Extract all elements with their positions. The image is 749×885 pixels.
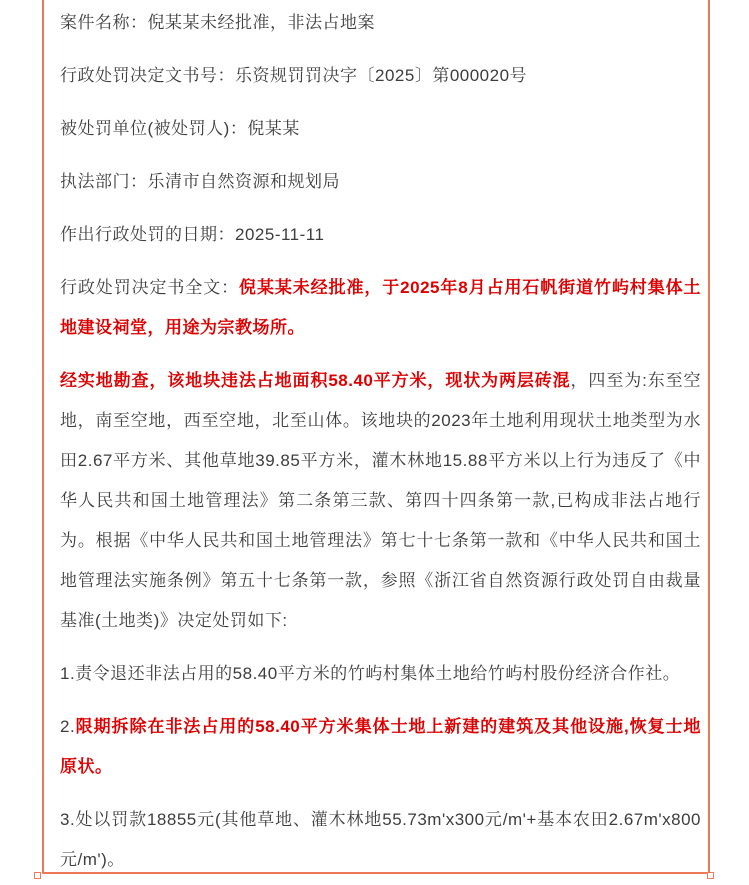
investigation-highlight: 经实地勘查，该地块违法占地面积58.40平方米，现状为两层砖混 [60,371,571,390]
case-name-text: 案件名称：倪某某未经批准，非法占地案 [60,13,375,32]
field-punished-party: 被处罚单位(被处罚人)：倪某某 [60,109,701,149]
punished-party-text: 被处罚单位(被处罚人)：倪某某 [60,119,300,138]
paragraph-decision-item-2: 2.限期拆除在非法占用的58.40平方米集体士地上新建的建筑及其他设施,恢复士地… [60,707,701,787]
document-body: 案件名称：倪某某未经批准，非法占地案 行政处罚决定文书号：乐资规罚罚决字〔202… [60,3,701,885]
paragraph-full-text-intro: 行政处罚决定书全文：倪某某未经批准，于2025年8月占用石帆街道竹屿村集体土地建… [60,268,701,348]
decision-item-2-number: 2. [60,717,75,736]
penalty-date-text: 作出行政处罚的日期：2025-11-11 [60,225,324,244]
paragraph-investigation-findings: 经实地勘查，该地块违法占地面积58.40平方米，现状为两层砖混，四至为:东至空地… [60,361,701,641]
document-number-text: 行政处罚决定文书号：乐资规罚罚决字〔2025〕第000020号 [60,66,527,85]
frame-border-right [708,0,710,874]
document-page: 案件名称：倪某某未经批准，非法占地案 行政处罚决定文书号：乐资规罚罚决字〔202… [0,0,749,885]
investigation-body: ，四至为:东至空地，南至空地，西至空地，北至山体。该地块的2023年土地利用现状… [60,371,701,630]
field-enforcement-department: 执法部门：乐清市自然资源和规划局 [60,162,701,202]
resize-handle-bottom-left[interactable] [34,872,41,879]
enforcement-department-text: 执法部门：乐清市自然资源和规划局 [60,172,340,191]
paragraph-decision-item-1: 1.责令退还非法占用的58.40平方米的竹屿村集体土地给竹屿村股份经济合作社。 [60,654,701,694]
decision-item-1-text: 1.责令退还非法占用的58.40平方米的竹屿村集体土地给竹屿村股份经济合作社。 [60,664,680,683]
decision-item-2-highlight: 限期拆除在非法占用的58.40平方米集体士地上新建的建筑及其他设施,恢复士地原状… [60,717,701,776]
resize-handle-bottom-right[interactable] [707,872,714,879]
decision-item-3-text: 3.处以罚款18855元(其他草地、灌木林地55.73m'x300元/m'+基本… [60,810,701,869]
paragraph-decision-item-3: 3.处以罚款18855元(其他草地、灌木林地55.73m'x300元/m'+基本… [60,800,701,880]
full-text-label: 行政处罚决定书全文： [60,278,239,297]
frame-border-left [42,0,44,874]
field-document-number: 行政处罚决定文书号：乐资规罚罚决字〔2025〕第000020号 [60,56,701,96]
field-penalty-date: 作出行政处罚的日期：2025-11-11 [60,215,701,255]
field-case-name: 案件名称：倪某某未经批准，非法占地案 [60,3,701,43]
